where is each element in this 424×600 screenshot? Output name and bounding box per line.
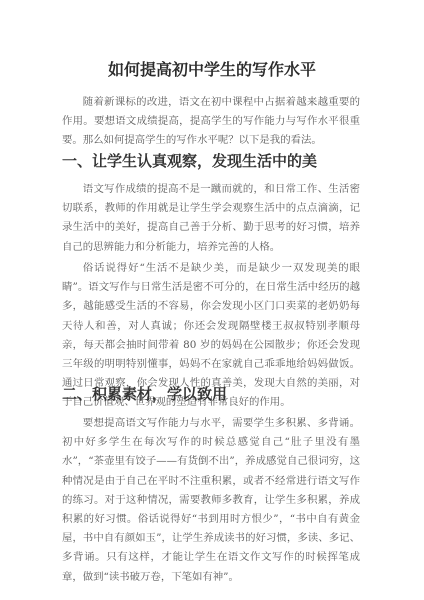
document-title: 如何提高初中学生的写作水平 [0,59,424,81]
document-page: 如何提高初中学生的写作水平 随着新课标的改进，语文在初中课程中占据着越来越重要的… [0,0,424,600]
section-1-paragraph-1: 语文写作成绩的提高不是一蹴而就的，和日常工作、生活密切联系，教师的作用就是让学生… [62,180,360,257]
section-2-paragraph-1: 要想提高语文写作能力与水平，需要学生多积累、多背诵。初中好多学生在每次写作的时候… [62,414,360,587]
section-2-heading: 二、积累素材，学以致用 [62,383,372,405]
intro-paragraph: 随着新课标的改进，语文在初中课程中占据着越来越重要的作用。要想语文成绩提高，提高… [62,93,360,151]
section-1-heading: 一、让学生认真观察，发现生活中的美 [62,150,372,172]
